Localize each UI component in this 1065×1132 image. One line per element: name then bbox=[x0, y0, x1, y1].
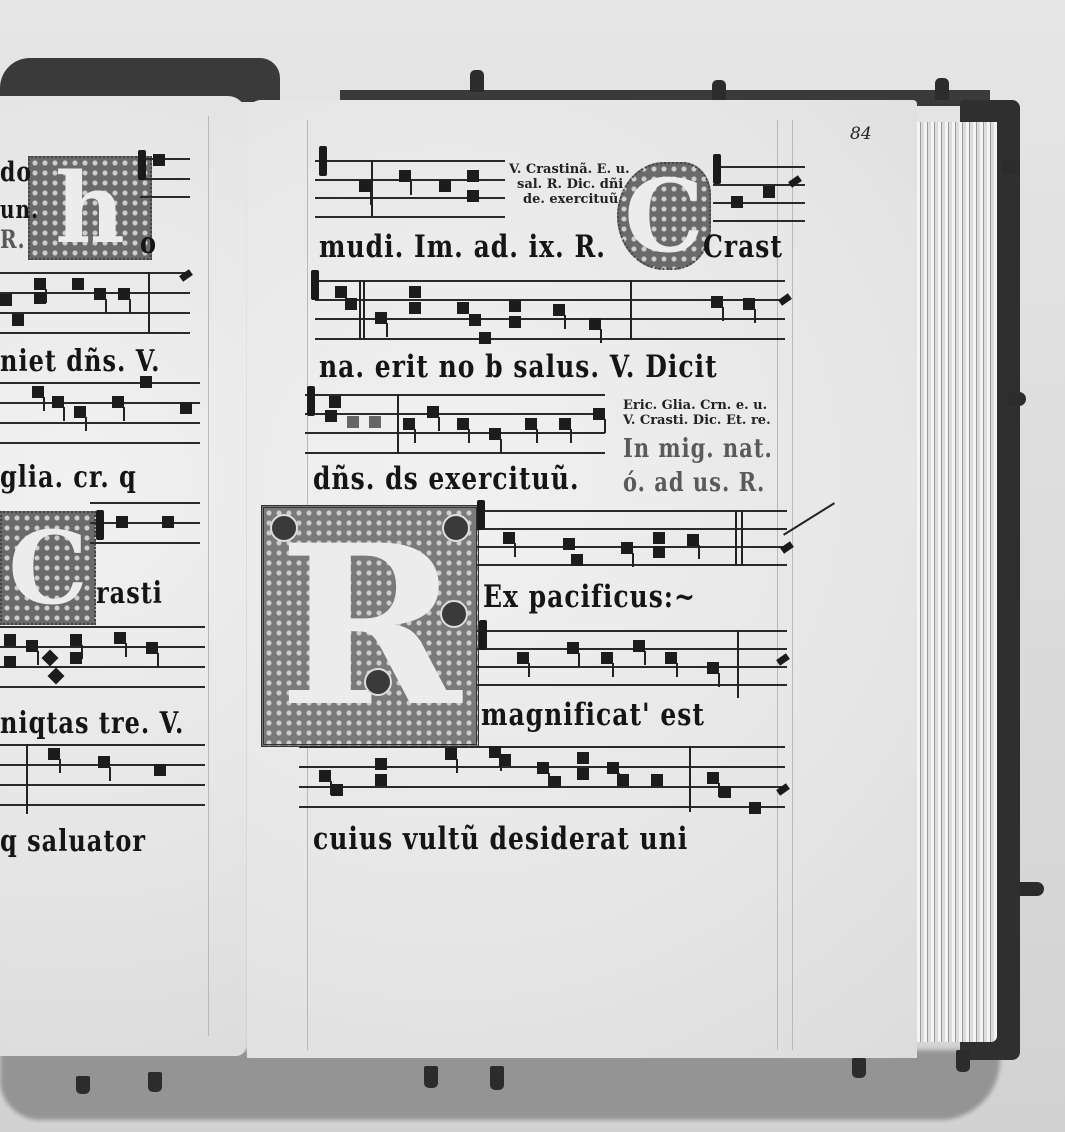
lyric-line: magnificat' est bbox=[481, 696, 705, 732]
corner-boss bbox=[712, 80, 726, 102]
music-staff bbox=[0, 178, 190, 226]
music-staff bbox=[713, 166, 805, 214]
right-page: V. Crastinã. E. u.sal. R. Dic. dñide. ex… bbox=[247, 100, 917, 1058]
music-staff bbox=[0, 626, 205, 674]
lyric-line: cuius vultũ desiderat uni bbox=[313, 820, 688, 856]
corner-boss bbox=[470, 70, 484, 92]
rubric-red-line: ó. ad us. R. bbox=[623, 466, 765, 497]
left-page: h do un. R. o niet dñs. V. glia. cr. q C… bbox=[0, 96, 246, 1056]
illuminated-initial-C: C bbox=[0, 511, 96, 625]
page-fore-edge bbox=[917, 122, 997, 1042]
music-staff bbox=[477, 510, 787, 558]
bottom-boss bbox=[148, 1072, 162, 1092]
lyric-line: niqtas tre. V. bbox=[0, 704, 184, 740]
lyric-line: na. erit no b salus. V. Dicit bbox=[319, 348, 718, 384]
music-staff bbox=[315, 280, 785, 328]
side-boss bbox=[1008, 392, 1026, 406]
illuminated-initial-C: C bbox=[617, 162, 711, 270]
lyric-line: q saluator bbox=[0, 822, 146, 858]
music-staff bbox=[305, 394, 605, 442]
lyric-line: dñs. ds exercituũ. bbox=[313, 460, 580, 496]
rubric-text-mid: Eric. Glia. Crn. e. u.V. Crasti. Dic. Et… bbox=[623, 398, 771, 428]
bottom-boss bbox=[956, 1050, 970, 1072]
bottom-boss bbox=[424, 1066, 438, 1088]
illuminated-initial-R: R bbox=[261, 505, 479, 747]
folio-number: 84 bbox=[850, 124, 872, 144]
ruling-line bbox=[208, 116, 209, 1036]
lyric-line: niet dñs. V. bbox=[0, 342, 161, 378]
music-staff bbox=[0, 382, 200, 430]
ink-stroke bbox=[783, 502, 835, 535]
lyric-fragment: o bbox=[140, 224, 157, 260]
bottom-boss bbox=[76, 1076, 90, 1094]
corner-boss bbox=[935, 78, 949, 100]
music-staff bbox=[0, 272, 190, 320]
lyric-line: Crast bbox=[703, 228, 783, 264]
music-staff bbox=[299, 746, 785, 794]
rubric-fragment: R. bbox=[0, 224, 26, 254]
rubric-text-top: V. Crastinã. E. u.sal. R. Dic. dñide. ex… bbox=[509, 162, 630, 207]
bottom-boss bbox=[490, 1066, 504, 1090]
lyric-line: Ex pacificus:~ bbox=[483, 578, 696, 614]
lyric-line: rasti bbox=[96, 574, 163, 610]
music-staff bbox=[477, 630, 787, 678]
lyric-line: mudi. Im. ad. ix. R. bbox=[319, 228, 606, 264]
music-staff bbox=[315, 160, 505, 208]
bottom-boss bbox=[852, 1058, 866, 1078]
ruling-line bbox=[792, 120, 793, 1050]
music-staff bbox=[0, 744, 205, 792]
music-staff bbox=[90, 502, 200, 550]
rubric-red-line: In mig. nat. bbox=[623, 432, 773, 463]
side-boss bbox=[1020, 882, 1044, 896]
lyric-line: glia. cr. q bbox=[0, 458, 137, 494]
side-boss bbox=[1002, 160, 1020, 174]
